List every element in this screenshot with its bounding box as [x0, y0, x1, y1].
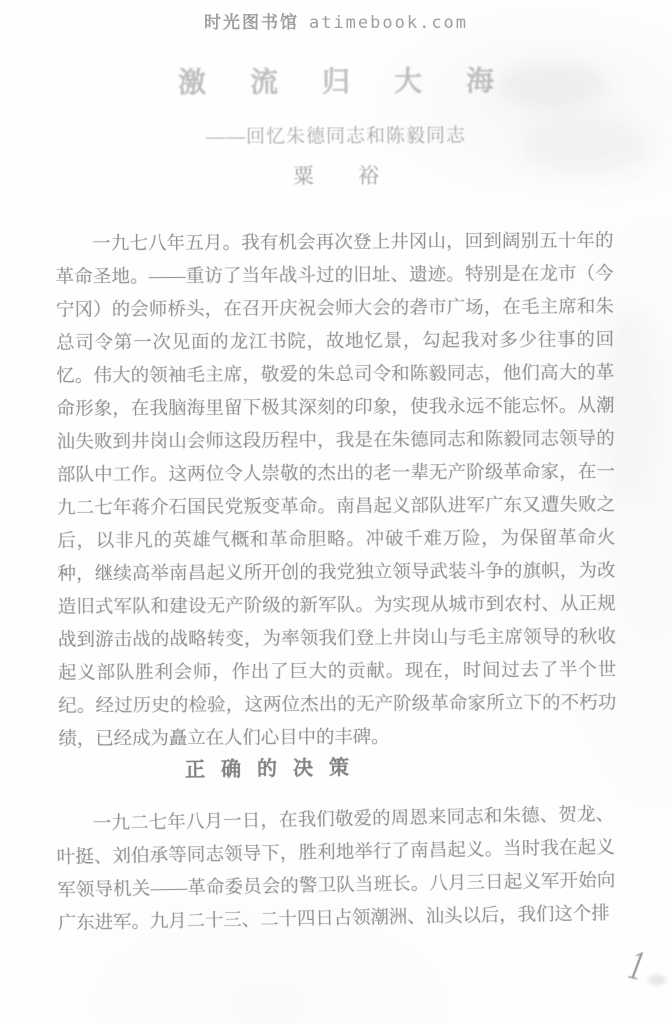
site-name: 时光图书馆 [204, 13, 299, 33]
scan-smudge [648, 975, 666, 985]
article-subtitle: ——回忆朱德同志和陈毅同志 [0, 119, 672, 150]
article-author: 粟裕 [0, 158, 672, 192]
site-url: atimebook.com [309, 13, 468, 33]
scanned-document-page: 时光图书馆atimebook.com 激流归大海 ——回忆朱德同志和陈毅同志 粟… [0, 0, 672, 1024]
page-number: 1 [624, 941, 649, 991]
body-paragraph-2: 一九二七年八月一日，在我们敬爱的周恩来同志和朱德、贺龙、叶挺、刘伯承等同志领导下… [56, 798, 616, 940]
section-heading: 正确的决策 [185, 751, 365, 783]
body-paragraph-1: 一九七八年五月。我有机会再次登上井冈山，回到阔别五十年的革命圣地。——重访了当年… [55, 225, 616, 756]
site-header: 时光图书馆atimebook.com [0, 8, 672, 33]
article-title: 激流归大海 [0, 58, 672, 102]
